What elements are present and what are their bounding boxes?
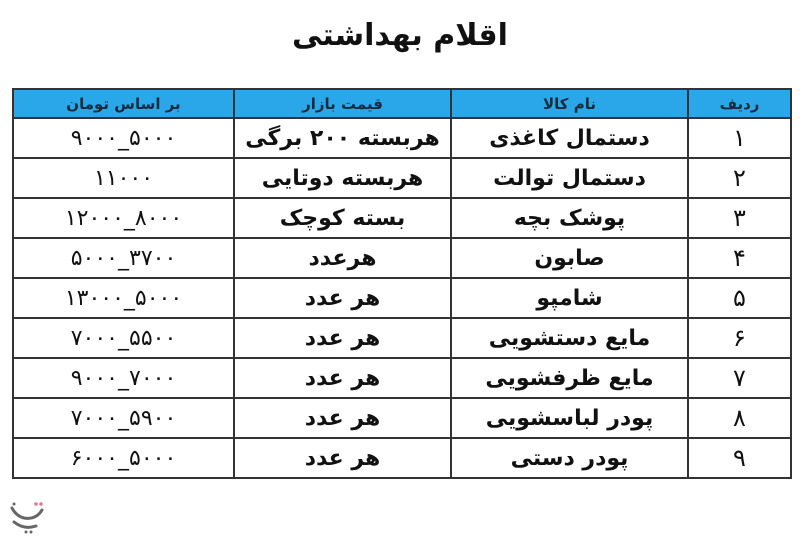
cell-unit: هربسته دوتایی: [234, 158, 451, 198]
cell-row-number: ۴: [688, 238, 791, 278]
table-row: ۵ شامپو هر عدد ۵۰۰۰_۱۳۰۰۰: [13, 278, 791, 318]
cell-item-name: پودر دستی: [451, 438, 688, 478]
table-row: ۴ صابون هرعدد ۳۷۰۰_۵۰۰۰: [13, 238, 791, 278]
cell-unit: بسته کوچک: [234, 198, 451, 238]
table-row: ۱ دستمال کاغذی هربسته ۲۰۰ برگی ۵۰۰۰_۹۰۰۰: [13, 118, 791, 158]
cell-item-name: مایع ظرفشویی: [451, 358, 688, 398]
cell-price: ۵۹۰۰_۷۰۰۰: [13, 398, 234, 438]
cell-row-number: ۲: [688, 158, 791, 198]
cell-unit: هر عدد: [234, 398, 451, 438]
header-price-basis: بر اساس تومان: [13, 89, 234, 118]
table-row: ۲ دستمال توالت هربسته دوتایی ۱۱۰۰۰: [13, 158, 791, 198]
cell-price: ۵۰۰۰_۶۰۰۰: [13, 438, 234, 478]
cell-row-number: ۸: [688, 398, 791, 438]
table-row: ۷ مایع ظرفشویی هر عدد ۷۰۰۰_۹۰۰۰: [13, 358, 791, 398]
header-market-price: قیمت بازار: [234, 89, 451, 118]
cell-price: ۳۷۰۰_۵۰۰۰: [13, 238, 234, 278]
cell-row-number: ۵: [688, 278, 791, 318]
cell-item-name: دستمال توالت: [451, 158, 688, 198]
cell-row-number: ۱: [688, 118, 791, 158]
cell-unit: هر عدد: [234, 278, 451, 318]
header-row-number: ردیف: [688, 89, 791, 118]
cell-unit: هر عدد: [234, 318, 451, 358]
table-row: ۶ مایع دستشویی هر عدد ۵۵۰۰_۷۰۰۰: [13, 318, 791, 358]
cell-row-number: ۶: [688, 318, 791, 358]
cell-row-number: ۷: [688, 358, 791, 398]
cell-unit: هر عدد: [234, 438, 451, 478]
page-title: اقلام بهداشتی: [0, 18, 800, 53]
cell-price: ۷۰۰۰_۹۰۰۰: [13, 358, 234, 398]
cell-unit: هرعدد: [234, 238, 451, 278]
tasnim-logo-icon: [6, 496, 50, 540]
cell-unit: هربسته ۲۰۰ برگی: [234, 118, 451, 158]
cell-price: ۵۵۰۰_۷۰۰۰: [13, 318, 234, 358]
cell-item-name: شامپو: [451, 278, 688, 318]
cell-row-number: ۳: [688, 198, 791, 238]
table-row: ۳ پوشک بچه بسته کوچک ۸۰۰۰_۱۲۰۰۰: [13, 198, 791, 238]
cell-item-name: پوشک بچه: [451, 198, 688, 238]
table-row: ۹ پودر دستی هر عدد ۵۰۰۰_۶۰۰۰: [13, 438, 791, 478]
cell-price: ۵۰۰۰_۱۳۰۰۰: [13, 278, 234, 318]
header-item-name: نام کالا: [451, 89, 688, 118]
cell-item-name: صابون: [451, 238, 688, 278]
hygiene-items-price-table: ردیف نام کالا قیمت بازار بر اساس تومان ۱…: [12, 88, 792, 479]
cell-item-name: پودر لباسشویی: [451, 398, 688, 438]
cell-unit: هر عدد: [234, 358, 451, 398]
cell-price: ۵۰۰۰_۹۰۰۰: [13, 118, 234, 158]
cell-item-name: دستمال کاغذی: [451, 118, 688, 158]
cell-price: ۸۰۰۰_۱۲۰۰۰: [13, 198, 234, 238]
table-row: ۸ پودر لباسشویی هر عدد ۵۹۰۰_۷۰۰۰: [13, 398, 791, 438]
cell-row-number: ۹: [688, 438, 791, 478]
cell-price: ۱۱۰۰۰: [13, 158, 234, 198]
cell-item-name: مایع دستشویی: [451, 318, 688, 358]
table-header-row: ردیف نام کالا قیمت بازار بر اساس تومان: [13, 89, 791, 118]
